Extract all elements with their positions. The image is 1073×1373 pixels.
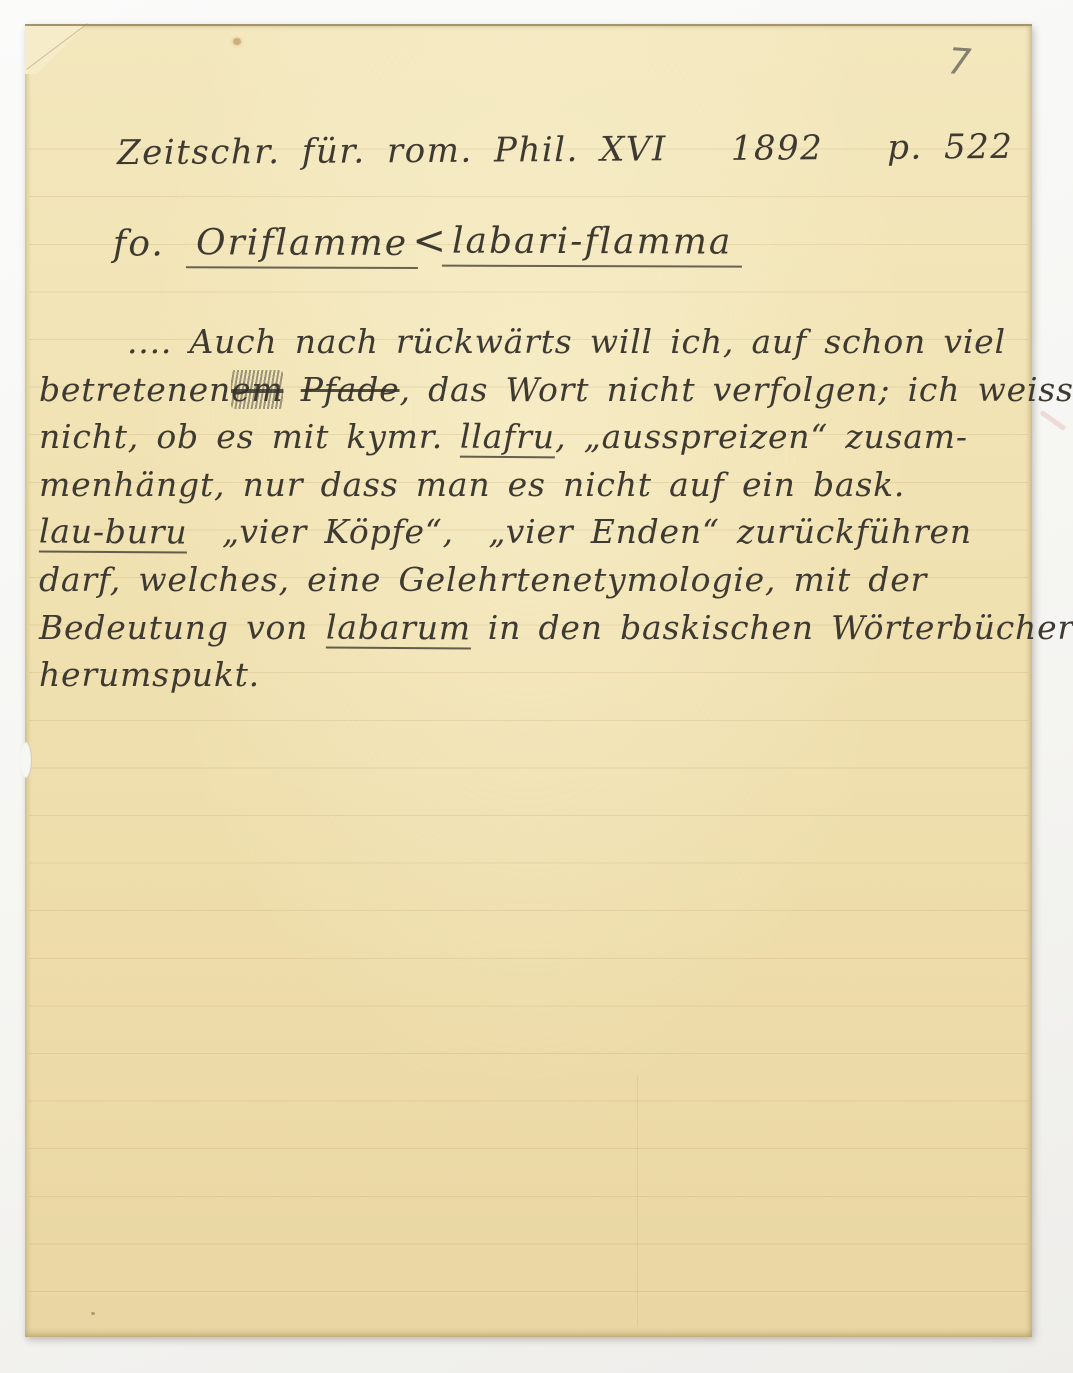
subject-term: Oriflamme <box>186 222 418 269</box>
subject-line: fo. Oriflamme<labari-flamma <box>113 216 733 270</box>
paragraph-line: nicht, ob es mit kymr. llafru, „aussprei… <box>39 413 1073 461</box>
ink-speck <box>91 1312 95 1315</box>
paragraph-line: .... Auch nach rückwärts will ich, auf s… <box>39 318 1073 366</box>
text-segment: .... Auch nach rückwärts will ich, auf s… <box>127 322 1006 361</box>
text-segment: in den baskischen Wörterbüchern <box>470 608 1073 647</box>
subject-prefix: fo. <box>113 223 165 264</box>
text-segment: Pfade <box>301 370 400 409</box>
paragraph-line: betretenenem Pfade, das Wort nicht verfo… <box>39 366 1073 414</box>
paragraph-line: lau-buru „vier Köpfe“, „vier Enden“ zurü… <box>39 508 1073 556</box>
text-segment: em <box>231 370 283 409</box>
paragraph-line: Bedeutung von labarum in den baskischen … <box>39 604 1073 652</box>
vertical-crease <box>637 1076 638 1326</box>
text-segment: „vier Köpfe“, „vier Enden“ zurückführen <box>187 512 971 551</box>
text-segment: , „ausspreizen“ zusam- <box>555 417 968 456</box>
scan-background: 7 Zeitschr. für. rom. Phil. XVI 1892 p. … <box>0 0 1073 1373</box>
torn-edge-notch <box>21 742 32 778</box>
ruled-lines <box>29 102 1028 1303</box>
manuscript-page: 7 Zeitschr. für. rom. Phil. XVI 1892 p. … <box>25 24 1032 1337</box>
subject-etymon: labari-flamma <box>442 221 743 268</box>
folded-corner <box>25 26 89 74</box>
text-segment: llafru <box>460 419 555 459</box>
text-segment: lau-buru <box>39 514 188 554</box>
text-segment: nicht, ob es mit kymr. <box>39 417 460 456</box>
note-paragraph: .... Auch nach rückwärts will ich, auf s… <box>39 318 1073 699</box>
text-segment: labarum <box>325 609 470 649</box>
paragraph-line: herumspukt. <box>39 651 1073 699</box>
citation-line: Zeitschr. für. rom. Phil. XVI 1892 p. 52… <box>117 127 1014 173</box>
page-number-pencil: 7 <box>947 41 973 83</box>
text-segment: darf, welches, eine Gelehrtenetymologie,… <box>39 560 927 599</box>
fox-spot <box>233 38 241 45</box>
paragraph-line: darf, welches, eine Gelehrtenetymologie,… <box>39 556 1073 604</box>
text-segment: Bedeutung von <box>39 608 326 647</box>
text-segment <box>283 370 300 409</box>
text-segment: betretenen <box>39 370 231 409</box>
text-segment: herumspukt. <box>39 655 260 694</box>
text-segment: , das Wort nicht verfolgen; ich weiss <box>400 370 1073 409</box>
paragraph-line: menhängt, nur dass man es nicht auf ein … <box>39 461 1073 509</box>
text-segment: menhängt, nur dass man es nicht auf ein … <box>39 465 905 504</box>
